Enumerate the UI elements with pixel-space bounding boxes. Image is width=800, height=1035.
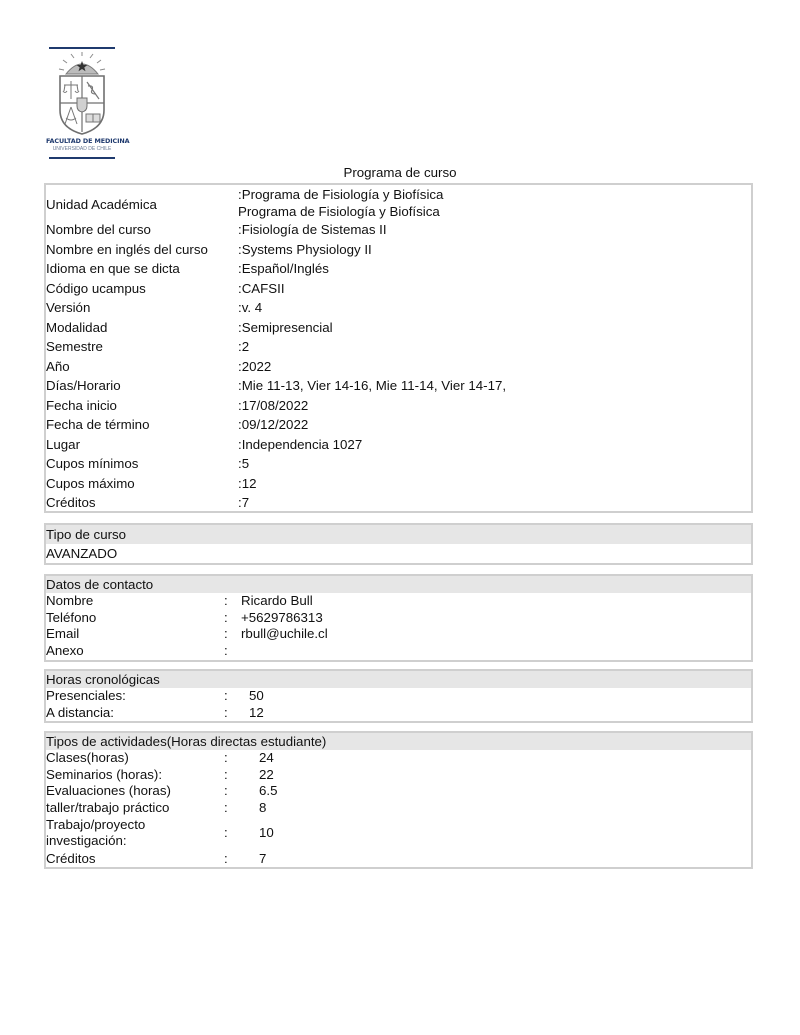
info-value: :2	[238, 337, 249, 356]
contact-label: Email	[46, 626, 79, 643]
course-type-section: Tipo de curso AVANZADO	[44, 523, 753, 565]
info-label: Lugar	[46, 435, 80, 454]
separator: :	[224, 705, 228, 722]
section-heading: Tipo de curso	[46, 525, 751, 544]
info-label: Cupos mínimos	[46, 454, 138, 473]
faculty-logo: FACULTAD DE MEDICINA UNIVERSIDAD DE CHIL…	[46, 44, 118, 162]
contact-row-anexo: Anexo :	[46, 643, 751, 660]
contact-row-telefono: Teléfono : +5629786313	[46, 610, 751, 627]
info-value: :Programa de Fisiología y Biofísica	[238, 186, 443, 203]
contact-row-nombre: Nombre : Ricardo Bull	[46, 593, 751, 610]
contact-section: Datos de contacto Nombre : Ricardo Bull …	[44, 574, 753, 662]
info-value: :2022	[238, 357, 271, 376]
info-value: :Systems Physiology II	[238, 240, 372, 259]
activity-value: 24	[259, 750, 274, 767]
separator: :	[224, 688, 228, 705]
activity-label: taller/trabajo práctico	[46, 800, 169, 817]
activity-row-taller: taller/trabajo práctico : 8	[46, 800, 751, 817]
university-name: UNIVERSIDAD DE CHILE	[46, 146, 118, 152]
activity-label: Créditos	[46, 851, 96, 868]
info-label: Modalidad	[46, 318, 107, 337]
activity-value: 7	[259, 851, 266, 868]
document-title: Programa de curso	[0, 165, 800, 180]
hours-label: Presenciales:	[46, 688, 126, 705]
info-label: Versión	[46, 298, 90, 317]
info-label: Semestre	[46, 337, 103, 356]
info-value: :Español/Inglés	[238, 259, 329, 278]
activity-row-clases: Clases(horas) : 24	[46, 750, 751, 767]
contact-email: rbull@uchile.cl	[241, 626, 328, 643]
info-value: :Fisiología de Sistemas II	[238, 220, 387, 239]
logo-bottom-rule	[49, 157, 115, 159]
course-info-table: Unidad Académica :Programa de Fisiología…	[44, 183, 753, 513]
section-heading: Horas cronológicas	[46, 671, 751, 688]
info-label: Año	[46, 357, 70, 376]
info-label: Unidad Académica	[46, 195, 157, 214]
info-value-line2: Programa de Fisiología y Biofísica	[238, 203, 440, 220]
activity-row-evaluaciones: Evaluaciones (horas) : 6.5	[46, 783, 751, 800]
activity-row-seminarios: Seminarios (horas): : 22	[46, 767, 751, 784]
info-label: Cupos máximo	[46, 474, 135, 493]
info-label: Fecha inicio	[46, 396, 117, 415]
separator: :	[224, 825, 228, 842]
info-value: :CAFSII	[238, 279, 285, 298]
activity-value: 10	[259, 825, 274, 842]
contact-label: Teléfono	[46, 610, 96, 627]
course-type-value: AVANZADO	[46, 544, 751, 563]
activity-value: 22	[259, 767, 274, 784]
info-value: :v. 4	[238, 298, 262, 317]
info-value: :Mie 11-13, Vier 14-16, Mie 11-14, Vier …	[238, 376, 506, 395]
faculty-name: FACULTAD DE MEDICINA	[46, 137, 118, 145]
info-label: Créditos	[46, 493, 96, 512]
info-label: Fecha de término	[46, 415, 149, 434]
separator: :	[224, 626, 228, 643]
separator: :	[224, 750, 228, 767]
activity-label: Seminarios (horas):	[46, 767, 162, 784]
activities-section: Tipos de actividades(Horas directas estu…	[44, 731, 753, 869]
activity-label: Clases(horas)	[46, 750, 129, 767]
info-label: Nombre del curso	[46, 220, 151, 239]
separator: :	[224, 767, 228, 784]
info-value: :Independencia 1027	[238, 435, 362, 454]
section-heading: Tipos de actividades(Horas directas estu…	[46, 733, 751, 750]
logo-top-rule	[49, 47, 115, 49]
separator: :	[224, 610, 228, 627]
info-value: :5	[238, 454, 249, 473]
contact-label: Nombre	[46, 593, 93, 610]
hours-label: A distancia:	[46, 705, 114, 722]
separator: :	[224, 593, 228, 610]
hours-value: 50	[249, 688, 264, 705]
info-value: :Semipresencial	[238, 318, 333, 337]
activity-value: 8	[259, 800, 266, 817]
contact-value: Ricardo Bull	[241, 593, 313, 610]
info-value: :12	[238, 474, 257, 493]
university-crest-icon	[52, 52, 112, 136]
contact-label: Anexo	[46, 643, 84, 660]
info-label: Código ucampus	[46, 279, 146, 298]
separator: :	[224, 800, 228, 817]
contact-row-email: Email : rbull@uchile.cl	[46, 626, 751, 643]
activity-label: Evaluaciones (horas)	[46, 783, 171, 800]
section-heading: Datos de contacto	[46, 576, 751, 593]
separator: :	[224, 783, 228, 800]
info-label: Nombre en inglés del curso	[46, 240, 208, 259]
info-value: :09/12/2022	[238, 415, 308, 434]
hours-row-distancia: A distancia: : 12	[46, 705, 751, 722]
activity-value: 6.5	[259, 783, 278, 800]
separator: :	[224, 643, 228, 660]
hours-value: 12	[249, 705, 264, 722]
activity-row-trabajo-proyecto: Trabajo/proyecto investigación: : 10	[46, 817, 751, 851]
separator: :	[224, 851, 228, 868]
info-label: Idioma en que se dicta	[46, 259, 180, 278]
contact-value: +5629786313	[241, 610, 323, 627]
hours-row-presenciales: Presenciales: : 50	[46, 688, 751, 705]
activity-row-creditos: Créditos : 7	[46, 851, 751, 868]
activity-label: Trabajo/proyecto investigación:	[46, 817, 196, 849]
hours-section: Horas cronológicas Presenciales: : 50 A …	[44, 669, 753, 723]
info-label: Días/Horario	[46, 376, 121, 395]
info-value: :17/08/2022	[238, 396, 308, 415]
info-value: :7	[238, 493, 249, 512]
